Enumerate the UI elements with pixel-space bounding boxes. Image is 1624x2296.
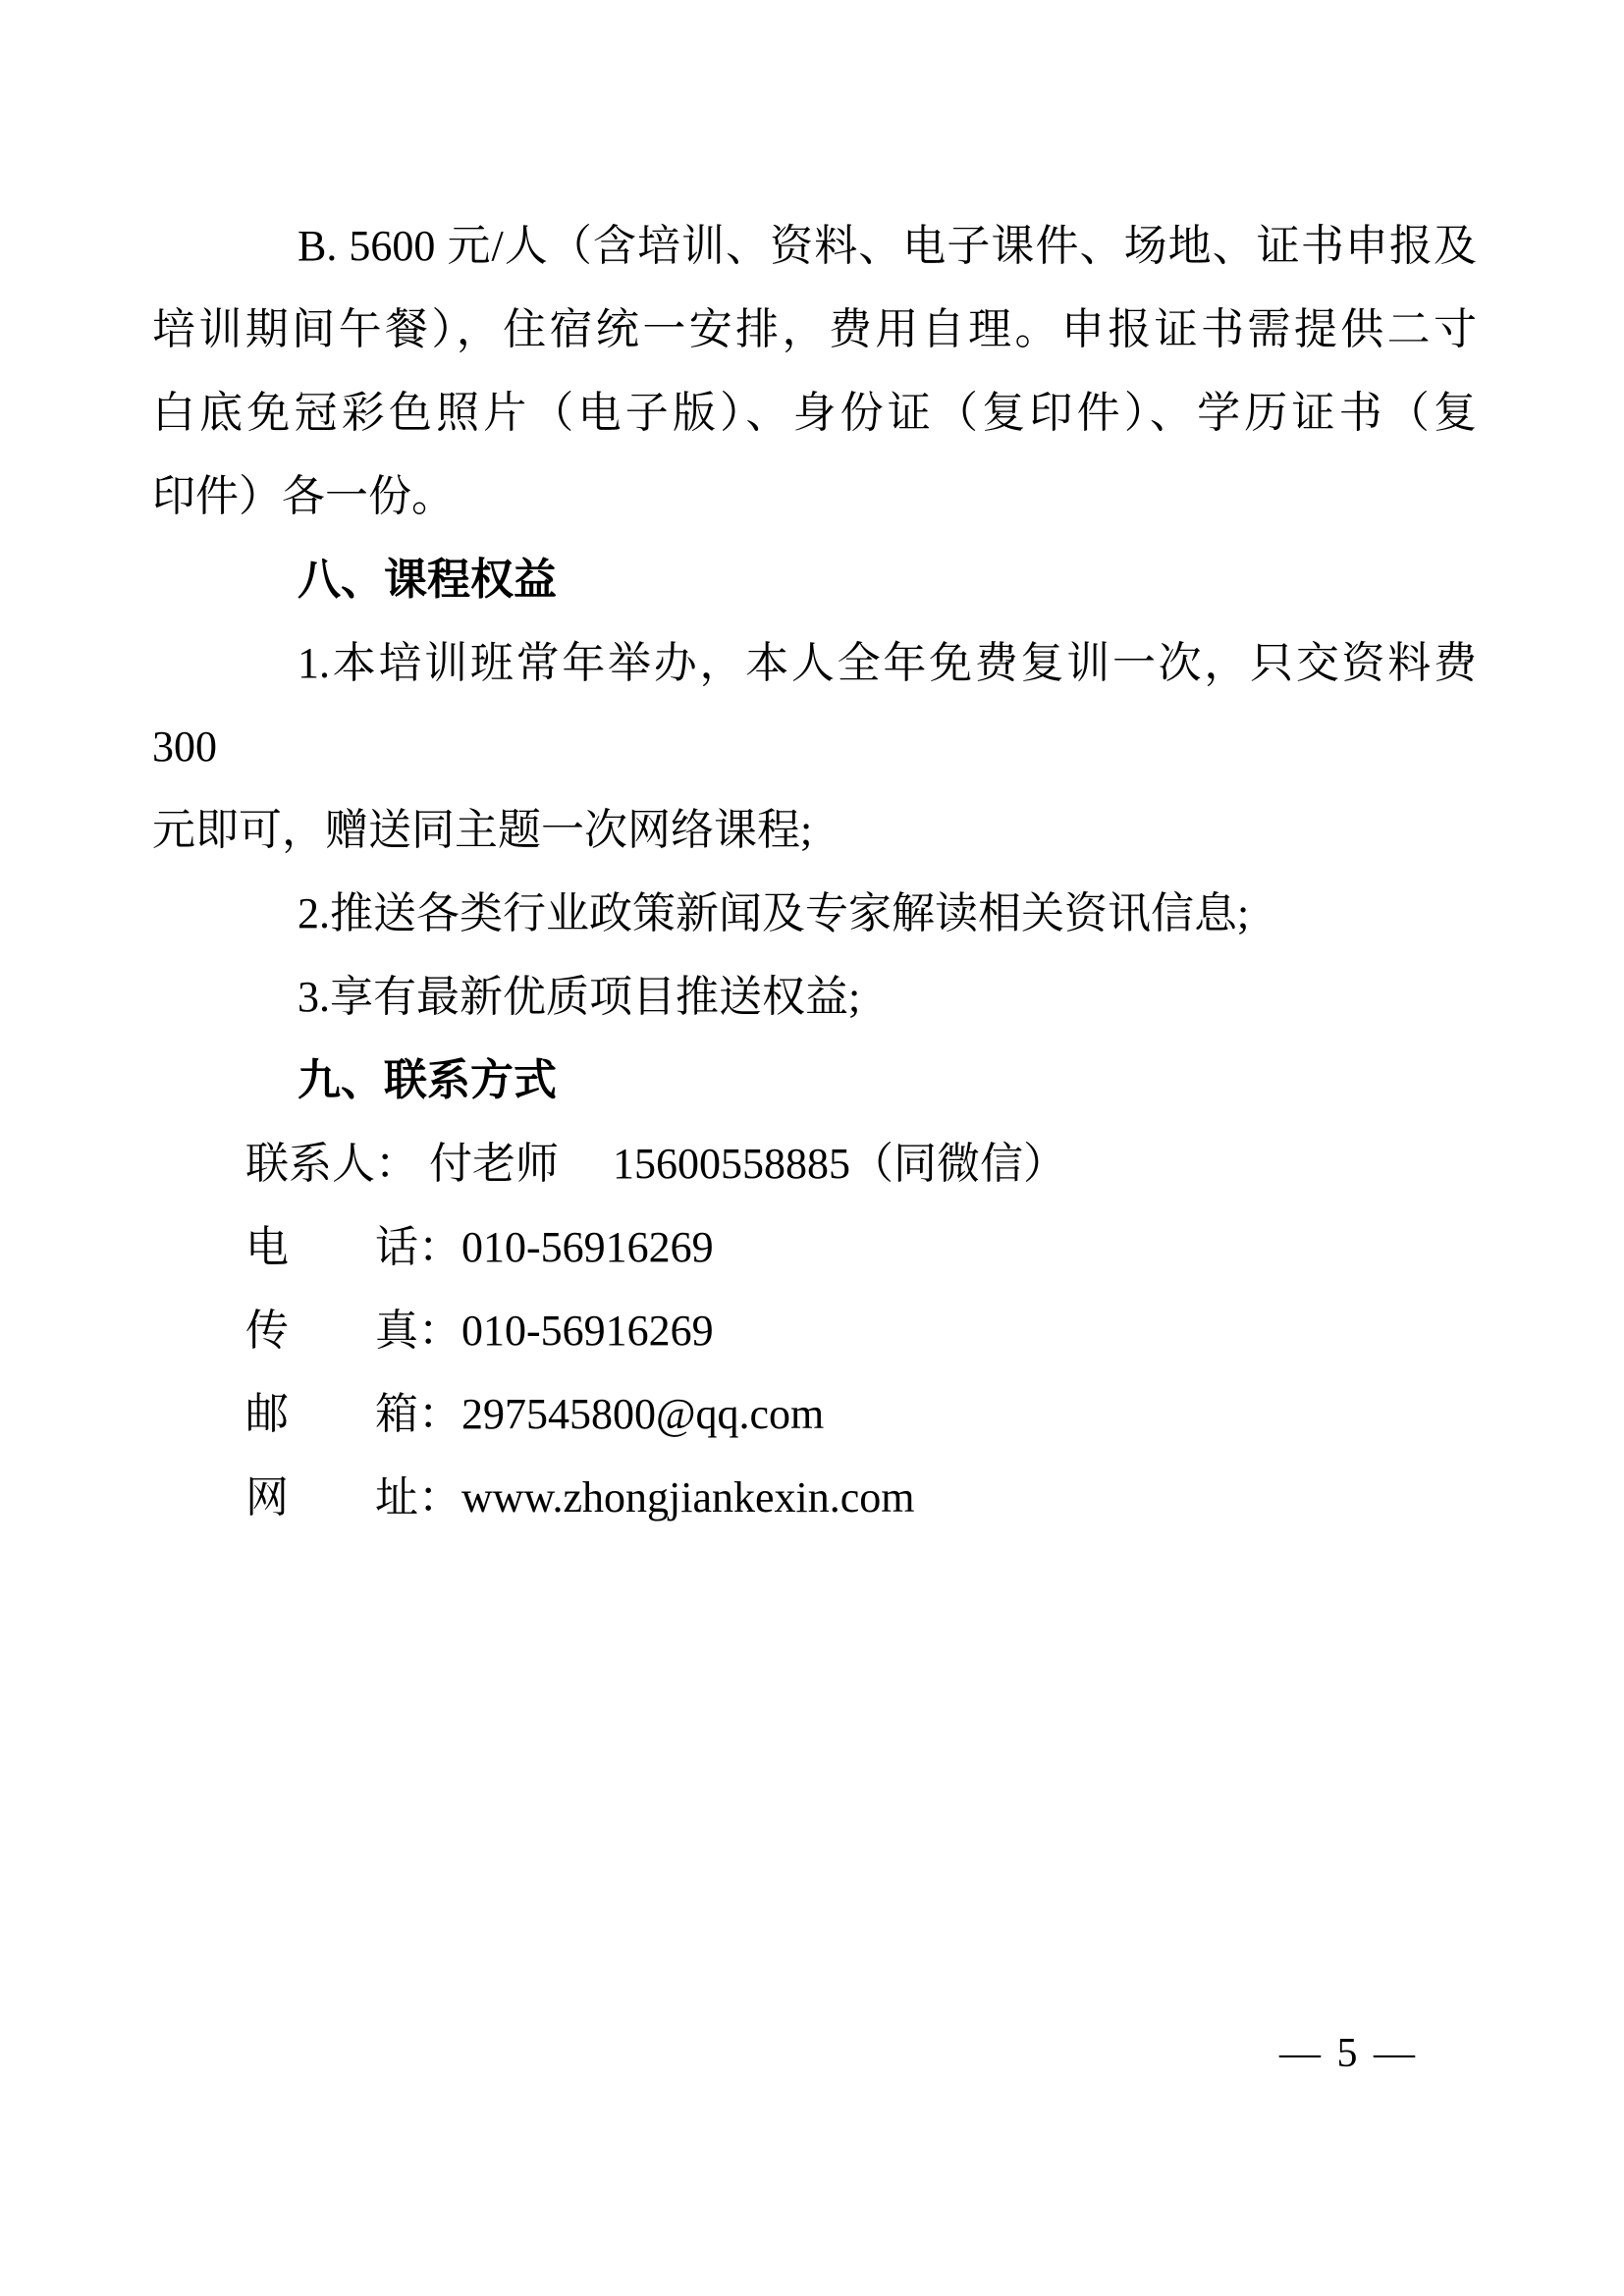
paragraph-b-line-2: 培训期间午餐），住宿统一安排，费用自理。申报证书需提供二寸 [152,288,1477,371]
section-8-item-2: 2.推送各类行业政策新闻及专家解读相关资讯信息; [152,872,1477,955]
paragraph-b-line-3: 白底免冠彩色照片（电子版）、身份证（复印件）、学历证书（复 [152,371,1477,454]
section-8-item-3: 3.享有最新优质项目推送权益; [152,955,1477,1039]
document-page: B. 5600 元/人（含培训、资料、电子课件、场地、证书申报及 培训期间午餐）… [0,0,1624,2296]
contact-email-line: 邮 箱：297545800@qq.com [152,1372,1477,1456]
paragraph-b-line-1: B. 5600 元/人（含培训、资料、电子课件、场地、证书申报及 [152,204,1477,288]
contact-person-line: 联系人： 付老师 15600558885（同微信） [152,1122,1477,1205]
section-9-heading: 九、联系方式 [152,1039,1477,1122]
contact-fax-line: 传 真：010-56916269 [152,1289,1477,1372]
section-8-item-1-line-1: 1.本培训班常年举办，本人全年免费复训一次，只交资料费 300 [152,621,1477,788]
page-number: — 5 — [1279,2030,1418,2077]
contact-phone-line: 电 话：010-56916269 [152,1205,1477,1289]
contact-website-line: 网 址：www.zhongjiankexin.com [152,1456,1477,1539]
section-8-heading: 八、课程权益 [152,538,1477,621]
paragraph-b-line-4: 印件）各一份。 [152,454,1477,538]
section-8-item-1-line-2: 元即可，赠送同主题一次网络课程; [152,788,1477,872]
